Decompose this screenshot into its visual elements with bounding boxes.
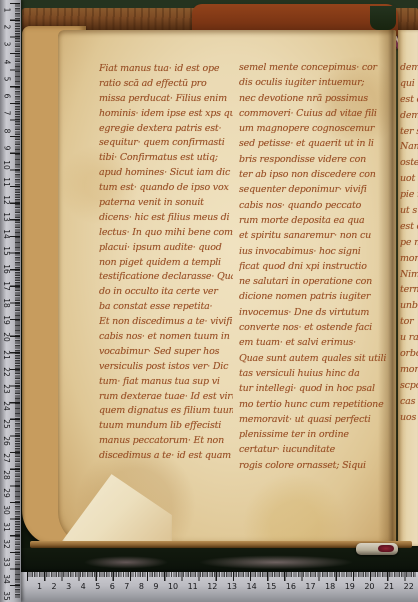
manuscript-text-line: vocabimur· Sed super hos (99, 345, 233, 360)
manuscript-text-fragment: cas (400, 394, 418, 410)
text-column-right: semel mente concepimus· cor dis oculis i… (239, 60, 391, 478)
manuscript-text-line: sed petisse· et quaerit ut in li (239, 136, 391, 151)
manuscript-text-line: tum· fiat manus tua sup vi (99, 375, 233, 390)
manuscript-text-line: dicens· hic est filius meus di (99, 211, 233, 226)
manuscript-text-line: memoravit· ut quasi perfecti (239, 412, 391, 427)
manuscript-text-line: et spiritu sanaremur· non cu (239, 228, 391, 243)
ruler-number: 7 (2, 111, 10, 116)
ruler-number: 9 (2, 145, 10, 150)
manuscript-text-line: Fiat manus tua· id est ope (99, 62, 233, 77)
manuscript-text-line: ficat quod dni xpi instructio (239, 259, 391, 274)
manuscript-text-line: tas versiculi huius hinc da (239, 366, 391, 381)
manuscript-text-line: do in occulto ita certe ver (99, 285, 233, 300)
manuscript-text-fragment: ut s (400, 203, 418, 219)
clasp-red-mark (378, 545, 394, 552)
ruler-number: 2 (2, 25, 10, 30)
manuscript-text-line: egregie dextera patris est· (99, 122, 233, 137)
manuscript-text-fragment: ternu (400, 282, 418, 298)
ruler-number: 22 (2, 367, 10, 377)
ruler-number: 12 (207, 582, 217, 592)
manuscript-text-line: Quae sunt autem quales sit utili (239, 351, 391, 366)
manuscript-text-line: rogis colore ornasset; Siqui (239, 458, 391, 473)
vertical-ruler: 1 2 3 4 5 6 7 8 9 10 11 12 (0, 0, 21, 602)
ruler-number: 1 (2, 8, 10, 13)
manuscript-text-line: missa perducat· Filius enim (99, 92, 233, 107)
manuscript-text-line: rum morte deposita ea qua (239, 213, 391, 228)
ruler-number: 9 (153, 582, 158, 592)
manuscript-text-fragment: Nime (400, 267, 418, 283)
manuscript-text-line: converte nos· et ostende faci (239, 320, 391, 335)
manuscript-text-line: plenissime ter in ordine (239, 427, 391, 442)
manuscript-text-fragment: pe m (400, 235, 418, 251)
ruler-number: 20 (2, 333, 10, 343)
ruler-number: 24 (2, 402, 10, 412)
manuscript-text-fragment: orbo (400, 346, 418, 362)
ruler-number: 3 (66, 582, 71, 592)
manuscript-text-line: ratio scā ad effectū pro (99, 77, 233, 92)
manuscript-text-line: certatur· iucunditate (239, 442, 391, 457)
manuscript-text-line: paterna venit in sonuit (99, 196, 233, 211)
ruler-number: 32 (2, 539, 10, 549)
ruler-number: 4 (2, 59, 10, 64)
ruler-number: 21 (384, 582, 394, 592)
ruler-number: 19 (2, 315, 10, 325)
ruler-number: 20 (364, 582, 374, 592)
ruler-number: 5 (95, 582, 100, 592)
manuscript-text-line: tur intellegi· quod in hoc psal (239, 381, 391, 396)
manuscript-text-fragment: mont (400, 251, 418, 267)
ruler-number: 2 (52, 582, 57, 592)
manuscript-text-line: versiculis post istos ver· Dic (99, 360, 233, 375)
manuscript-text-line: tum est· quando de ipso vox (99, 181, 233, 196)
manuscript-text-fragment: qui (400, 76, 418, 92)
ruler-number: 21 (2, 350, 10, 360)
recto-text-fragments: dem qui est e dem ter s Nam ostend uot p… (400, 60, 418, 438)
ruler-number: 34 (2, 574, 10, 584)
ruler-number: 11 (188, 582, 198, 592)
ruler-number: 35 (2, 591, 10, 601)
manuscript-text-line: cabis nos· quando peccato (239, 198, 391, 213)
vertical-ruler-numbers: 1 2 3 4 5 6 7 8 9 10 11 12 (0, 6, 12, 600)
manuscript-text-fragment: dem (400, 60, 418, 76)
clasp-remnant (356, 543, 398, 555)
manuscript-text-line: bris respondisse videre con (239, 152, 391, 167)
manuscript-text-line: commoveri· Cuius ad vitae fili (239, 106, 391, 121)
manuscript-text-line: dicione nomen patris iugiter (239, 289, 391, 304)
ruler-number: 16 (2, 264, 10, 274)
manuscript-text-fragment: uos (400, 410, 418, 426)
manuscript-text-line: placui· ipsum audite· quod (99, 241, 233, 256)
ruler-number: 22 (404, 582, 414, 592)
manuscript-text-fragment: tor (400, 314, 418, 330)
ruler-number: 27 (2, 453, 10, 463)
horizontal-ruler-cm-ticks (27, 572, 416, 581)
book-bottom-board-edge (30, 541, 412, 548)
ruler-number: 17 (2, 281, 10, 291)
ruler-number: 15 (2, 247, 10, 257)
manuscript-text-fragment: mon (400, 362, 418, 378)
manuscript-text-fragment: ostend (400, 155, 418, 171)
manuscript-text-line: em tuam· et salvi erimus· (239, 335, 391, 350)
ruler-number: 19 (345, 582, 355, 592)
manuscript-text-line: tibi· Confirmatus est utiq; (99, 151, 233, 166)
ruler-number: 6 (2, 94, 10, 99)
manuscript-text-line: ba constat esse repetita· (99, 300, 233, 315)
ruler-number: 14 (2, 229, 10, 239)
ruler-number: 13 (227, 582, 237, 592)
ruler-number: 8 (139, 582, 144, 592)
horizontal-ruler-numbers: 1 2 3 4 5 6 7 8 9 10 11 12 (37, 582, 414, 592)
manuscript-text-line: invocemus· Dne ds virtutum (239, 305, 391, 320)
ruler-number: 26 (2, 436, 10, 446)
ruler-number: 6 (110, 582, 115, 592)
ruler-number: 3 (2, 42, 10, 47)
manuscript-text-line: non piget quidem a templi (99, 256, 233, 271)
manuscript-text-line: discedimus a te· id est quam (99, 449, 233, 464)
manuscript-text-fragment: scpo (400, 378, 418, 394)
ruler-number: 30 (2, 505, 10, 515)
manuscript-text-line: dis oculis iugiter intuemur; (239, 75, 391, 90)
manuscript-text-line: hominis· idem ipse est xps qui (99, 107, 233, 122)
manuscript-text-fragment: u rat (400, 330, 418, 346)
horizontal-ruler: 1 2 3 4 5 6 7 8 9 10 11 12 (21, 572, 418, 602)
spine-gutter-notch (370, 6, 396, 30)
ruler-number: 4 (81, 582, 86, 592)
text-column-left: Fiat manus tua· id est ope ratio scā ad … (99, 62, 233, 466)
manuscript-text-line: testificatione declarasse· Quan (99, 270, 233, 285)
ruler-number: 28 (2, 471, 10, 481)
ruler-number: 33 (2, 557, 10, 567)
manuscript-text-fragment: est c (400, 219, 418, 235)
ruler-number: 15 (266, 582, 276, 592)
manuscript-text-line: ne salutari in operatione con (239, 274, 391, 289)
ruler-number: 25 (2, 419, 10, 429)
ruler-number: 8 (2, 128, 10, 133)
manuscript-text-line: lectus· In quo mihi bene com (99, 226, 233, 241)
manuscript-text-line: ius invocabimus· hoc signi (239, 244, 391, 259)
manuscript-text-line: manus peccatorum· Et non (99, 434, 233, 449)
manuscript-text-line: ter ab ipso non discedere con (239, 167, 391, 182)
ruler-number: 31 (2, 522, 10, 532)
ruler-number: 23 (2, 384, 10, 394)
ruler-number: 12 (2, 195, 10, 205)
manuscript-text-line: sequitur· quem confirmasti (99, 136, 233, 151)
manuscript-text-line: cabis nos· et nomen tuum in (99, 330, 233, 345)
ruler-number: 11 (2, 178, 10, 188)
manuscript-text-fragment: ter s (400, 124, 418, 140)
manuscript-text-fragment: unba (400, 298, 418, 314)
ruler-number: 29 (2, 488, 10, 498)
ruler-number: 16 (286, 582, 296, 592)
manuscript-text-fragment: pie n (400, 187, 418, 203)
manuscript-text-fragment: Nam (400, 139, 418, 155)
manuscript-text-fragment: est e (400, 92, 418, 108)
manuscript-text-line: Et non discedimus a te· vivifi (99, 315, 233, 330)
ruler-number: 13 (2, 212, 10, 222)
manuscript-text-line: apud homines· Sicut iam dic (99, 166, 233, 181)
manuscript-text-line: nec devotione nrā possimus (239, 91, 391, 106)
manuscript-text-line: sequenter deponimur· vivifi (239, 182, 391, 197)
ruler-number: 18 (325, 582, 335, 592)
ruler-number: 7 (124, 582, 129, 592)
ruler-number: 17 (305, 582, 315, 592)
manuscript-text-line: semel mente concepimus· cor (239, 60, 391, 75)
manuscript-text-line: quem dignatus es filium tuum qui (99, 404, 233, 419)
manuscript-text-fragment: uot (400, 171, 418, 187)
ruler-number: 10 (2, 160, 10, 170)
manuscript-photo-scene: Fiat manus tua· id est ope ratio scā ad … (0, 0, 418, 602)
manuscript-text-fragment: dem (400, 108, 418, 124)
ruler-number: 10 (168, 582, 178, 592)
ruler-number: 1 (37, 582, 42, 592)
ruler-number: 18 (2, 298, 10, 308)
ruler-number: 14 (246, 582, 256, 592)
manuscript-text-line: rum dexterae tuae· Id est virum (99, 390, 233, 405)
manuscript-text-line: tuum mundum lib effecisti (99, 419, 233, 434)
ruler-number: 5 (2, 77, 10, 82)
manuscript-text-line: mo tertio hunc cum repetitione (239, 397, 391, 412)
manuscript-text-line: um magnopere cognoscemur (239, 121, 391, 136)
